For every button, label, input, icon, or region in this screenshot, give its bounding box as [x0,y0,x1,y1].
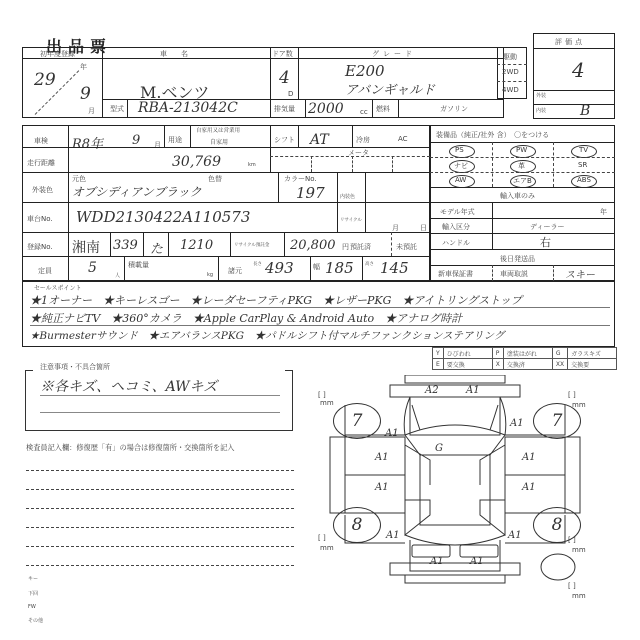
equipment-abs-label: ABS [577,176,591,184]
shift-value: AT [310,132,329,148]
height-label: 高さ [365,261,374,267]
shift-label: シフト [274,135,295,145]
drive-4wd[interactable]: 4WD [502,86,519,94]
damage-left-rear-door: A1 [375,482,389,493]
registration-number: 1210 [180,238,213,253]
legend-row: E 要交換 X 交換済 XX 交換要 [433,359,617,370]
tire-rear-left: 8 [333,507,381,543]
inspection-month-unit: 月 [154,140,161,150]
color-no-value: 197 [296,184,325,202]
tire-rear-right: 8 [533,507,581,543]
tire-front-left: 7 [333,403,381,439]
recycle-value: 20,800 [290,238,336,253]
import-class-value: ディーラー [530,222,564,232]
tire-front-right: 7 [533,403,581,439]
year-unit: 年 [80,62,87,72]
recall-label: リサイクル [340,217,362,223]
interior-color-label: 内装色 [340,193,355,200]
chassis-label: 車台No. [27,214,53,224]
svg-text:[ ]: [ ] [318,391,326,399]
damage-right-rear-door: A1 [522,482,536,493]
notes-value: ※各キズ、ヘコミ、AWキズ [40,376,217,396]
later-items-title: 後日発送品 [500,254,535,264]
import-class-label: 輸入区分 [442,222,470,232]
damage-right-rear-fender: A1 [508,530,522,541]
color-no-label: カラーNo. [284,174,317,184]
equipment-title: 装備品（純正/社外 含） 〇をつける [436,130,549,140]
inspection-label: 車検 [34,136,48,146]
warranty-label: 新車保証書 [438,269,473,279]
mileage-value: 30,769 [172,154,221,170]
equipment-airbag-label: エアB [513,176,532,186]
sales-point-line-1: ★1オーナー ★キーレスゴー ★レーダセーフティPKG ★レザーPKG ★アイト… [30,292,522,308]
handle-value: 右 [540,234,551,250]
inspection-month: 9 [132,133,140,148]
recycle-label: リサイクル預託金 [234,242,269,248]
aircon-label: 冷房 [356,135,370,145]
grade-line2: アバンギャルド [345,79,435,98]
length-value: 493 [265,259,294,277]
grade-line1: E200 [345,62,385,80]
fuel-label: 燃料 [376,104,390,114]
legend-key: Y [433,348,444,359]
svg-text:mm: mm [572,546,586,554]
damage-front-right: A1 [466,385,480,396]
legend-key: G [552,348,567,359]
doors-label: ドア数 [272,49,293,59]
sales-point-line-2: ★純正ナビTV ★360°カメラ ★Apple CarPlay & Androi… [30,310,462,326]
doors-value: 4 [279,68,290,88]
legend-value: 交換済 [503,359,552,370]
color-label: 外装色 [32,185,53,195]
capacity-unit: 人 [115,272,120,279]
svg-text:[ ]: [ ] [318,534,326,542]
legend-key: XX [552,359,567,370]
month-unit: 月 [88,106,95,116]
damage-left-front-fender: A1 [385,428,399,439]
legend-value: ガラスキズ [568,348,617,359]
aircon-value: AC [398,135,408,143]
inspector-key-label: キー [28,575,38,582]
inspector-other-label: その他 [28,617,43,624]
model-type-value: RBA-213042C [138,100,238,116]
recycle-status-unpaid[interactable]: 未預託 [396,242,417,252]
doors-unit: D [288,90,293,98]
svg-text:[ ]: [ ] [568,582,576,590]
svg-text:[ ]: [ ] [568,391,576,399]
load-label: 積載量 [128,260,149,270]
drive-2wd[interactable]: 2WD [502,68,519,76]
load-unit: kg [207,272,213,278]
car-name-label: 車 名 [160,49,188,59]
equipment-leather-label: 革 [518,161,525,171]
registration-kana: た [150,238,163,257]
legend-key: E [433,359,444,370]
handle-label: ハンドル [442,238,470,248]
interior-grade-value: B [580,103,590,119]
displacement-value: 2000 [308,101,344,117]
svg-text:mm: mm [320,544,334,552]
legend-row: Y ひびわれ P 塗装はがれ G ガラスキズ [433,348,617,359]
color-value: オブシディアンブラック [72,183,201,200]
legend-value: 要交換 [443,359,492,370]
svg-text:mm: mm [320,399,334,407]
recycle-unit: 円 [342,242,349,252]
equipment-aw-label: AW [455,176,466,184]
legend-key: X [492,359,503,370]
model-year-label: モデル年式 [440,207,475,217]
mileage-label: 走行距離 [27,158,55,168]
inspector-label: 検査員記入欄：修復歴「有」の場合は修復箇所・交換箇所を記入 [26,443,234,453]
width-label: 幅 [313,262,320,272]
recycle-status-paid[interactable]: 預託済 [350,242,371,252]
width-value: 185 [325,259,354,277]
equipment-navi-label: ナビ [454,161,468,171]
chassis-value: WDD2130422A110573 [76,208,250,226]
displacement-unit: cc [360,108,368,116]
equipment-ps-label: PS [455,146,464,154]
inspector-under-label: 下回 [28,590,38,597]
capacity-label: 定員 [38,266,52,276]
svg-text:mm: mm [572,592,586,600]
interior-grade-label: 内装 [536,107,546,114]
legend-value: ひびわれ [443,348,492,359]
length-label: 長さ [253,261,262,267]
displacement-label: 排気量 [274,104,295,114]
dimensions-label: 諸元 [228,266,242,276]
capacity-value: 5 [88,260,97,276]
registration-area: 湘南 [72,237,100,257]
model-type-label: 型式 [110,104,124,114]
fuel-value: ガソリン [440,104,468,114]
equipment-pw-label: PW [516,146,527,154]
legend-value: 塗装はがれ [503,348,552,359]
key-value: スキー [565,266,595,281]
first-registration-year: 29 [34,70,56,90]
import-title: 輸入車のみ [500,191,535,201]
sales-points-label: セールスポイント [34,283,81,292]
equipment-sr-label[interactable]: SR [578,161,587,169]
drive-label: 駆動 [503,52,517,62]
damage-right-front-fender: A1 [510,418,524,429]
damage-right-front-door: A1 [522,452,536,463]
grade-label: グレード [372,49,416,59]
damage-left-rear-fender: A1 [386,530,400,541]
equipment-tv-label: TV [579,146,588,154]
usage-note: 自家用又は営業用 [196,126,240,134]
sales-point-line-3: ★Burmesterサウンド ★エアバランスPKG ★パドルシフト付マルチファン… [30,328,504,343]
evaluation-score: 4 [572,58,585,82]
manual-label: 車両取説 [500,269,528,279]
changed-color-label: 色替 [208,174,222,184]
model-year-unit: 年 [600,207,607,217]
registration-label: 登録No. [27,242,53,252]
damage-windshield: G [435,443,443,454]
damage-left-front-door: A1 [375,452,389,463]
usage-value: 自家用 [210,137,228,146]
damage-front-left: A2 [425,385,439,396]
damage-rear-right: A1 [470,556,484,567]
legend-value: 交換要 [568,359,617,370]
usage-label: 用途 [168,135,182,145]
evaluation-label: 評価点 [555,37,585,47]
legend-key: P [492,348,503,359]
height-value: 145 [380,259,409,277]
damage-rear-left: A1 [430,556,444,567]
inspector-fw-label: FW [28,604,36,610]
registration-class: 339 [113,238,138,253]
inspection-value: R8年 [72,133,103,152]
exterior-grade-label: 外装 [536,92,546,99]
mileage-unit: km [248,162,256,168]
legend-table: Y ひびわれ P 塗装はがれ G ガラスキズ E 要交換 X 交換済 XX 交換… [432,347,617,370]
first-registration-month: 9 [80,84,91,104]
